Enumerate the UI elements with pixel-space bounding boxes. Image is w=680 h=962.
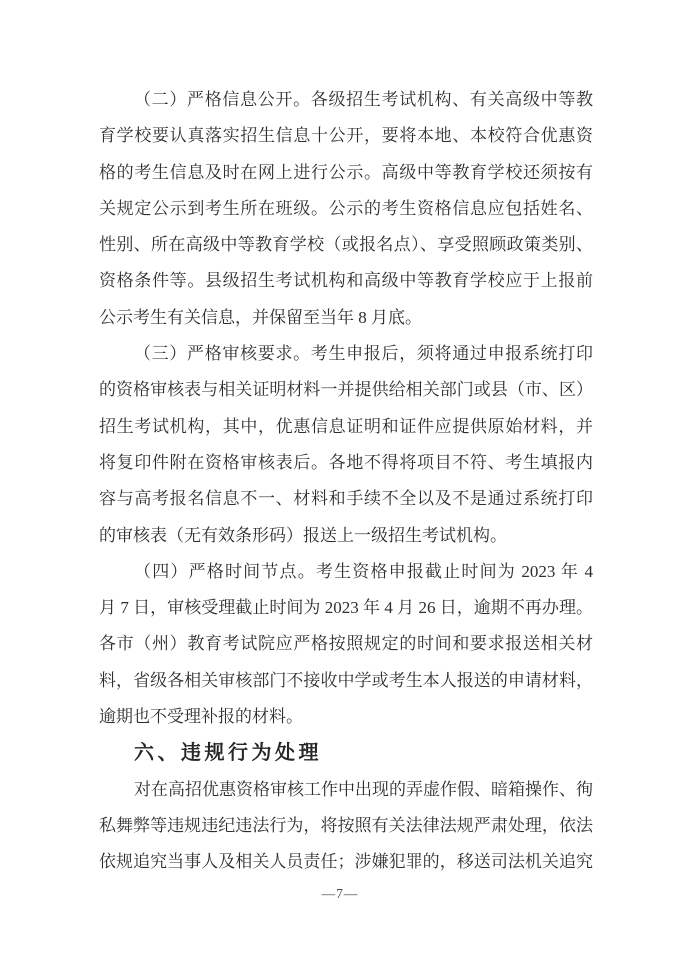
text-block: （二）严格信息公开。各级招生考试机构、有关高级中等教育学校要认真落实招生信息十公… [99,82,593,881]
text-line: （二）严格信息公开。各级招生考试机构、有关高级中等教 [99,82,593,118]
text-line: 各市（州）教育考试院应严格按照规定的时间和要求报送相关材 [99,626,593,662]
page-number: —7— [0,886,680,902]
text-line: 的审核表（无有效条形码）报送上一级招生考试机构。 [99,518,593,554]
text-line: 月 7 日，审核受理截止时间为 2023 年 4 月 26 日，逾期不再办理。 [99,590,593,626]
text-line: 资格条件等。县级招生考试机构和高级中等教育学校应于上报前 [99,263,593,299]
text-line: 容与高考报名信息不一、材料和手续不全以及不是通过系统打印 [99,481,593,517]
text-line: 的资格审核表与相关证明材料一并提供给相关部门或县（市、区） [99,372,593,408]
text-line: 公示考生有关信息，并保留至当年 8 月底。 [99,300,593,336]
text-line: 将复印件附在资格审核表后。各地不得将项目不符、考生填报内 [99,445,593,481]
text-line: （三）严格审核要求。考生申报后，须将通过申报系统打印 [99,336,593,372]
text-line: 性别、所在高级中等教育学校（或报名点）、享受照顾政策类别、 [99,227,593,263]
text-line: 育学校要认真落实招生信息十公开，要将本地、本校符合优惠资 [99,118,593,154]
text-line: 逾期也不受理补报的材料。 [99,699,593,735]
section-heading: 六、违规行为处理 [99,735,593,771]
text-line: 格的考生信息及时在网上进行公示。高级中等教育学校还须按有 [99,155,593,191]
document-page: （二）严格信息公开。各级招生考试机构、有关高级中等教育学校要认真落实招生信息十公… [0,0,680,962]
text-line: 依规追究当事人及相关人员责任；涉嫌犯罪的，移送司法机关追究 [99,844,593,880]
text-line: 关规定公示到考生所在班级。公示的考生资格信息应包括姓名、 [99,191,593,227]
text-line: 私舞弊等违规违纪违法行为，将按照有关法律法规严肃处理，依法 [99,808,593,844]
text-line: 招生考试机构，其中，优惠信息证明和证件应提供原始材料，并 [99,409,593,445]
text-line: 对在高招优惠资格审核工作中出现的弄虚作假、暗箱操作、徇 [99,772,593,808]
text-line: 料，省级各相关审核部门不接收中学或考生本人报送的申请材料， [99,663,593,699]
text-line: （四）严格时间节点。考生资格申报截止时间为 2023 年 4 [99,554,593,590]
